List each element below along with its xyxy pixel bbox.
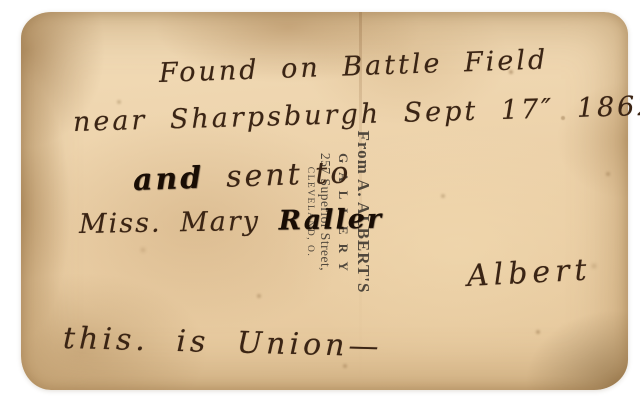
- paper-specks: [21, 12, 25, 16]
- photo-stage: From A. ALBERT'S GALLERY 257 Superior St…: [0, 0, 640, 404]
- cdv-card-back: From A. ALBERT'S GALLERY 257 Superior St…: [21, 12, 628, 390]
- handwriting-miss-mary: Miss. Mary: [79, 206, 261, 240]
- handwriting-raller: Raller: [278, 204, 383, 237]
- handwriting-miss-mary-raller: Miss. Mary Raller: [79, 204, 384, 240]
- handwriting-sent-to: sent to: [226, 155, 352, 194]
- handwriting-and: and: [132, 161, 204, 198]
- handwriting-this-is-union: this. is Union—: [63, 321, 383, 364]
- handwriting-signature-albert: Albert: [466, 253, 592, 294]
- handwriting-found-on-battle-field: Found on Battle Field: [158, 44, 548, 89]
